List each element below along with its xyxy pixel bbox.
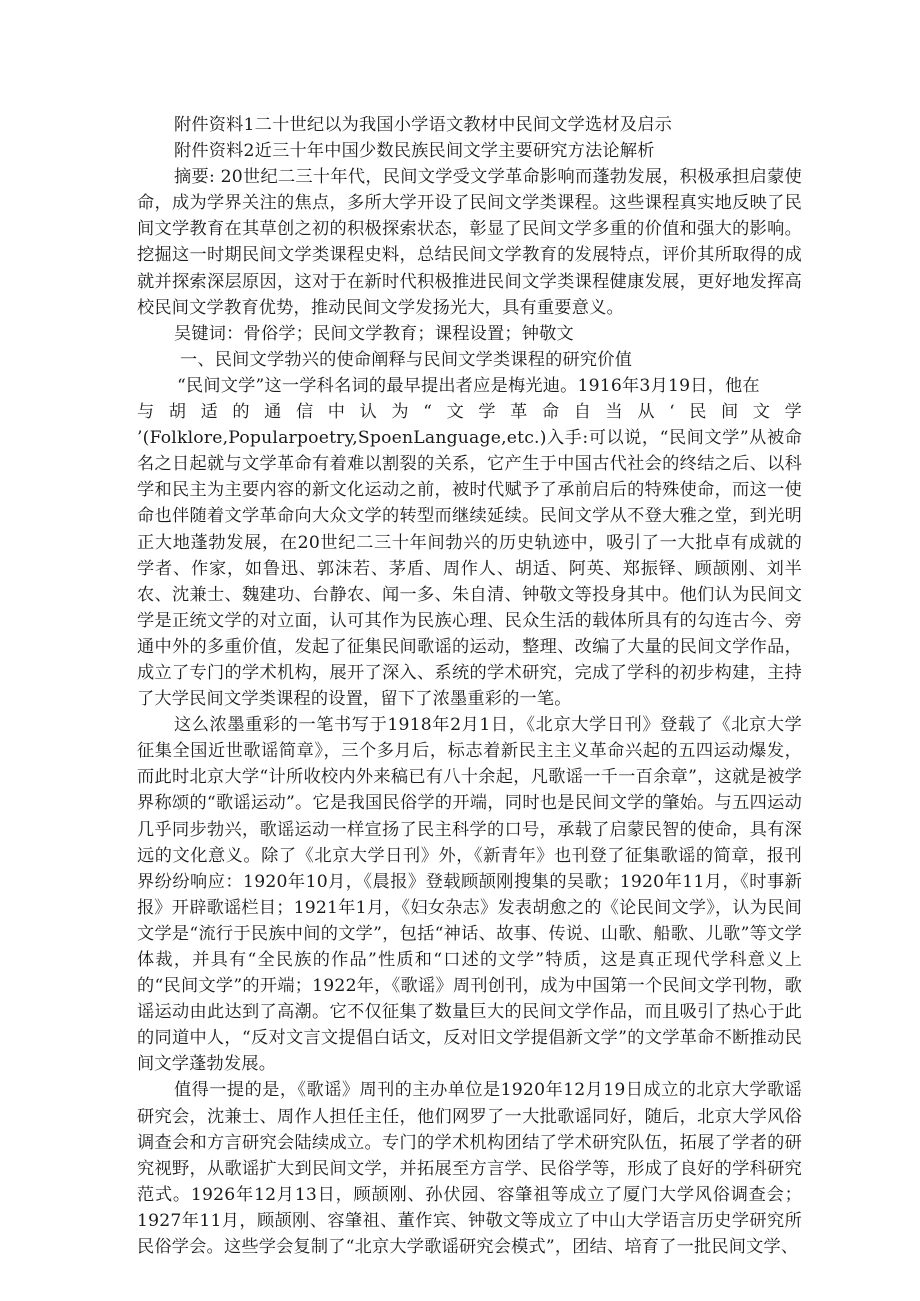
abstract: 摘要: 20世纪二三十年代，民间文学受文学革命影响而蓬勃发展，积极承担启蒙使命，… (137, 164, 802, 321)
attachment-line-1: 附件资料1二十世纪以为我国小学语文教材中民间文学选材及启示 (137, 112, 802, 138)
document-page: 附件资料1二十世纪以为我国小学语文教材中民间文学选材及启示 附件资料2近三十年中… (137, 112, 802, 1260)
attachment-line-2: 附件资料2近三十年中国少数民族民间文学主要研究方法论解析 (137, 138, 802, 164)
keywords: 吴键词：骨俗学；民间文学教育；课程设置；钟敬文 (137, 321, 802, 347)
body-paragraph-3: 值得一提的是，《歌谣》周刊的主办单位是1920年12月19日成立的北京大学歌谣研… (137, 1077, 802, 1260)
body-paragraph-1-line-1: “民间文学”这一学科名词的最早提出者应是梅光迪。1916年3月19日，他在 (137, 373, 802, 399)
body-paragraph-1-line-2: 与胡适的通信中认为“文学革命自当从‘民间文学 (137, 399, 802, 425)
body-paragraph-1: “民间文学”这一学科名词的最早提出者应是梅光迪。1916年3月19日，他在 与胡… (137, 373, 802, 712)
body-paragraph-2: 这么浓墨重彩的一笔书写于1918年2月1日，《北京大学日刊》登载了《北京大学征集… (137, 712, 802, 1077)
section-heading: 一、民间文学勃兴的使命阐释与民间文学类课程的研究价值 (137, 347, 802, 373)
body-paragraph-1-rest: ’(Folklore,Popularpoetry,SpoenLanguage,e… (137, 425, 802, 712)
